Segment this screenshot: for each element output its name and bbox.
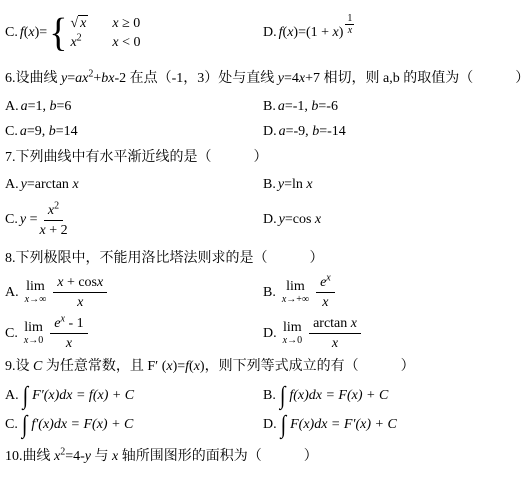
limit-subscript: x→0: [283, 335, 302, 346]
limit-operator: limx→0: [24, 321, 43, 346]
fraction-denominator: x: [322, 293, 328, 311]
exponent-fraction: 1x: [345, 13, 354, 36]
question-7-options-row-2: C.y = x2x + 2 D.y=cos x: [5, 198, 519, 242]
option-label: C.: [5, 25, 18, 41]
limit-operator: limx→∞: [25, 280, 47, 305]
question-5-options-row: C.f(x)= { √x x ≥ 0 x2 x < 0 D.f(x)=(1 + …: [5, 8, 519, 58]
question-9-option-c: C.∫f′(x)dx = F(x) + C: [5, 410, 263, 439]
question-6-option-c: C.a=9, b=14: [5, 123, 263, 140]
option-text: a=-9, b=-14: [279, 124, 346, 140]
case-1-expression: √x: [70, 16, 88, 32]
option-label: D.: [263, 417, 277, 433]
integral-sign: ∫: [23, 383, 28, 408]
fraction-numerator: ex - 1: [50, 315, 87, 334]
question-9-stem: 9.设 C 为任意常数，且 F′ (x)=f(x)，则下列等式成立的有（ ）: [5, 358, 519, 376]
option-text: a=-1, b=-6: [278, 99, 338, 115]
option-label: A.: [5, 285, 19, 301]
option-label: B.: [263, 388, 276, 404]
question-7-stem: 7.下列曲线中有水平渐近线的是（ ）: [5, 149, 519, 167]
lim-word: lim: [24, 321, 43, 335]
option-label: D.: [263, 124, 277, 140]
integral-sign: ∫: [281, 412, 286, 437]
option-label: C.: [5, 212, 18, 228]
option-expression: f(x)dx = F(x) + C: [289, 388, 388, 404]
question-7-option-c: C.y = x2x + 2: [5, 198, 263, 242]
option-pre: y =: [20, 212, 38, 228]
question-6-option-d: D.a=-9, b=-14: [263, 123, 519, 140]
option-label: A.: [5, 177, 19, 193]
question-7-option-a: A.y=arctan x: [5, 176, 263, 193]
question-7-option-d: D.y=cos x: [263, 198, 519, 242]
question-6-option-b: B.a=-1, b=-6: [263, 98, 519, 115]
fraction-denominator: x + 2: [39, 221, 67, 239]
option-expression: f′(x)dx = F(x) + C: [31, 417, 133, 433]
option-expression: F′(x)dx = f(x) + C: [32, 388, 134, 404]
question-8-option-c: C.limx→0ex - 1x: [5, 313, 263, 354]
option-label: D.: [263, 326, 277, 342]
fraction: exx: [316, 274, 335, 311]
question-7-option-b: B.y=ln x: [263, 176, 519, 193]
option-text: a=1, b=6: [21, 99, 72, 115]
fraction-numerator: x2: [44, 202, 63, 221]
option-label: A.: [5, 99, 19, 115]
case-2-condition: x < 0: [112, 35, 140, 51]
fraction-denominator: x: [77, 293, 83, 311]
option-label: D.: [263, 25, 277, 41]
question-9-option-d: D.∫F(x)dx = F′(x) + C: [263, 410, 519, 439]
function-definition: f(x)=(1 + x): [279, 25, 344, 41]
integral-sign: ∫: [22, 412, 27, 437]
case-1-condition: x ≥ 0: [112, 16, 140, 32]
option-c-piecewise-function: C.f(x)= { √x x ≥ 0 x2 x < 0: [5, 14, 263, 52]
question-8-options: A.limx→∞x + cosxx B.limx→+∞exx C.limx→0e…: [5, 272, 519, 354]
option-label: D.: [263, 212, 277, 228]
piecewise-cases: √x x ≥ 0 x2 x < 0: [70, 16, 140, 51]
fraction: ex - 1x: [50, 315, 87, 352]
fraction: x + cosxx: [53, 274, 107, 311]
fraction-denominator: x: [66, 334, 72, 352]
exponent-denominator: x: [348, 25, 352, 36]
option-label: C.: [5, 326, 18, 342]
question-10-stem: 10.曲线 x2=4-y 与 x 轴所围图形的面积为（ ）: [5, 448, 519, 466]
question-8-option-a: A.limx→∞x + cosxx: [5, 272, 263, 313]
option-d-function: D.f(x)=(1 + x)1x: [263, 22, 519, 45]
limit-operator: limx→+∞: [282, 280, 309, 305]
lim-word: lim: [26, 280, 45, 294]
lim-word: lim: [286, 280, 305, 294]
limit-operator: limx→0: [283, 321, 302, 346]
option-text: y=cos x: [279, 212, 322, 228]
option-text: y=arctan x: [21, 177, 79, 193]
question-8-option-b: B.limx→+∞exx: [263, 272, 519, 313]
exam-page: C.f(x)= { √x x ≥ 0 x2 x < 0 D.f(x)=(1 + …: [0, 0, 525, 478]
question-7-options-row-1: A.y=arctan x B.y=ln x: [5, 176, 519, 193]
question-8-option-d: D.limx→0arctan xx: [263, 313, 519, 354]
option-label: C.: [5, 124, 18, 140]
exponent-numerator: 1: [345, 13, 354, 25]
function-definition: f(x)=: [20, 25, 47, 41]
limit-subscript: x→+∞: [282, 294, 309, 305]
question-6-option-a: A.a=1, b=6: [5, 98, 263, 115]
option-label: B.: [263, 99, 276, 115]
lim-word: lim: [283, 321, 302, 335]
fraction: arctan xx: [309, 315, 361, 352]
left-brace: {: [49, 13, 67, 53]
question-9-option-b: B.∫f(x)dx = F(x) + C: [263, 381, 519, 410]
fraction-numerator: ex: [316, 274, 335, 293]
case-2-expression: x2: [70, 35, 88, 51]
question-6-stem: 6.设曲线 y=ax2+bx-2 在点（-1，3）处与直线 y=4x+7 相切，…: [5, 70, 519, 88]
limit-subscript: x→0: [24, 335, 43, 346]
sqrt-icon: √: [70, 16, 78, 31]
question-9-option-a: A.∫F′(x)dx = f(x) + C: [5, 381, 263, 410]
option-text: a=9, b=14: [20, 124, 78, 140]
question-9-options: A.∫F′(x)dx = f(x) + C B.∫f(x)dx = F(x) +…: [5, 381, 519, 439]
option-text: y=ln x: [278, 177, 313, 193]
fraction-numerator: arctan x: [309, 315, 361, 334]
option-label: A.: [5, 388, 19, 404]
limit-subscript: x→∞: [25, 294, 47, 305]
radicand: x: [78, 15, 88, 31]
question-8-stem: 8.下列极限中，不能用洛比塔法则求的是（ ）: [5, 250, 519, 268]
question-6-options: A.a=1, b=6 B.a=-1, b=-6 C.a=9, b=14 D.a=…: [5, 98, 519, 140]
option-label: C.: [5, 417, 18, 433]
fraction-numerator: x + cosx: [53, 274, 107, 293]
integral-sign: ∫: [280, 383, 285, 408]
fraction-denominator: x: [332, 334, 338, 352]
option-label: B.: [263, 177, 276, 193]
fraction: x2x + 2: [39, 202, 67, 239]
option-expression: F(x)dx = F′(x) + C: [290, 417, 397, 433]
option-label: B.: [263, 285, 276, 301]
